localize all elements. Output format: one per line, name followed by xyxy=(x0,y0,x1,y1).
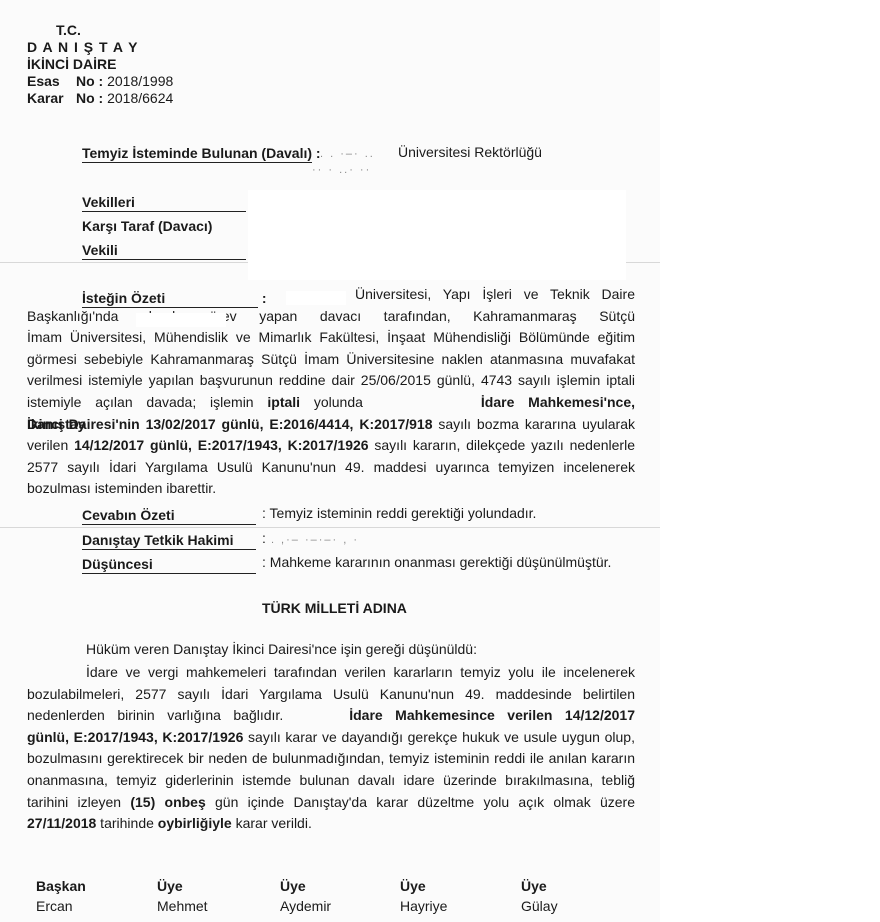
redaction-block xyxy=(286,291,346,305)
judge-value: : . ,·– ·–·–· , · xyxy=(262,530,359,546)
opinion-label: Düşüncesi xyxy=(82,556,256,574)
summary-text: verilen xyxy=(27,437,74,453)
signature-role: Başkan xyxy=(36,878,86,894)
opinion-label-row: Düşüncesi xyxy=(82,556,256,574)
decision-bold-text: (15) onbeş xyxy=(130,794,205,810)
signature-member-2: Üye Aydemir xyxy=(280,878,331,914)
summary-line-5: verilmesi istemiyle yapılan başvurunun r… xyxy=(27,370,635,392)
signature-member-1: Üye Mehmet xyxy=(157,878,208,914)
response-label-row: Cevabın Özeti xyxy=(82,507,256,525)
header-court: D A N I Ş T A Y xyxy=(27,39,138,55)
signature-member-4: Üye Gülay xyxy=(521,878,558,914)
opinion-value: : Mahkeme kararının onanması gerektiği d… xyxy=(262,554,611,570)
decision-line-8: 27/11/2018 tarihinde oybirliğiyle karar … xyxy=(27,813,635,835)
summary-bold-text: 14/12/2017 günlü, E:2017/1943, K:2017/19… xyxy=(74,437,369,453)
signature-name: Ercan xyxy=(36,898,86,914)
attorneys-label: Vekilleri xyxy=(82,194,246,212)
redacted-text: . ,·– ·–·–· , · xyxy=(266,534,359,546)
decision-line-4: günlü, E:2017/1943, K:2017/1926 sayılı k… xyxy=(27,727,635,749)
summary-text: yolunda xyxy=(300,394,363,410)
decision-text: tarihinde xyxy=(96,815,157,831)
decision-bold-date: 27/11/2018 xyxy=(27,815,96,831)
header-chamber: İKİNCİ DAİRE xyxy=(27,56,116,72)
signature-member-3: Üye Hayriye xyxy=(400,878,447,914)
karar-no-label: No : xyxy=(76,90,103,106)
summary-line-7: İkinci Dairesi'nin 13/02/2017 günlü, E:2… xyxy=(27,414,635,436)
karar-number-row: KararNo : 2018/6624 xyxy=(27,90,173,106)
judge-label: Danıştay Tetkik Hakimi xyxy=(82,532,256,550)
decision-line-2: bozulabilmeleri, 2577 sayılı İdari Yargı… xyxy=(27,684,635,706)
decision-line-6: onanmasına, temyiz giderlerinin istemde … xyxy=(27,770,635,792)
scan-artifact-line xyxy=(0,527,660,528)
decision-line-7: tarihini izleyen (15) onbeş gün içinde D… xyxy=(27,792,635,814)
summary-text: istemiyle açılan davada; işlemin xyxy=(27,394,267,410)
signature-name: Mehmet xyxy=(157,898,208,914)
decision-line-1: İdare ve vergi mahkemeleri tarafından ve… xyxy=(27,662,635,684)
summary-paragraph: Üniversitesi, Yapı İşleri ve Teknik Dair… xyxy=(27,284,635,500)
decision-text: karar verildi. xyxy=(232,815,312,831)
esas-number: 2018/1998 xyxy=(107,73,173,89)
summary-bold-text: İkinci Dairesi'nin 13/02/2017 günlü, E:2… xyxy=(27,416,433,432)
decision-text: nedenlerden birinin varlığına bağlıdır. xyxy=(27,707,283,723)
karar-number: 2018/6624 xyxy=(107,90,173,106)
summary-line-3: İmam Üniversitesi, Mühendislik ve Mimarl… xyxy=(27,327,635,349)
judge-label-row: Danıştay Tetkik Hakimi xyxy=(82,532,256,550)
redaction-block xyxy=(248,190,626,280)
decision-text: gün içinde Danıştay'da karar düzeltme yo… xyxy=(206,794,635,810)
response-value: : Temyiz isteminin reddi gerektiği yolun… xyxy=(262,505,536,521)
signature-role: Üye xyxy=(521,878,558,894)
summary-line-6: istemiyle açılan davada; işlemin iptali … xyxy=(27,392,635,414)
counterparty-label: Karşı Taraf (Davacı) xyxy=(82,218,212,234)
decision-bold-text: İdare Mahkemesince verilen 14/12/2017 xyxy=(349,707,635,723)
appellant-row: Temyiz İsteminde Bulunan (Davalı) : xyxy=(82,145,321,163)
decision-intro: Hüküm veren Danıştay İkinci Dairesi'nce … xyxy=(86,641,477,657)
decision-bold-text: oybirliğiyle xyxy=(158,815,232,831)
attorneys-row: Vekilleri xyxy=(82,194,246,212)
karar-label: Karar xyxy=(27,90,76,106)
attorney-row: Vekili xyxy=(82,242,246,260)
esas-label: Esas xyxy=(27,73,76,89)
signature-name: Hayriye xyxy=(400,898,447,914)
signature-chair: Başkan Ercan xyxy=(36,878,86,914)
decision-text: tarihini izleyen xyxy=(27,794,130,810)
summary-line-4: görmesi sebebiyle Kahramanmaraş Sütçü İm… xyxy=(27,349,635,371)
decision-line-3: nedenlerden birinin varlığına bağlıdır.İ… xyxy=(27,705,635,727)
header-tc: T.C. xyxy=(56,22,81,38)
summary-text: sayılı bozma kararına uyularak xyxy=(433,416,636,432)
appellant-label: Temyiz İsteminde Bulunan (Davalı) xyxy=(82,145,312,163)
response-label: Cevabın Özeti xyxy=(82,507,256,525)
decision-text: sayılı karar ve dayandığı gerekçe hukuk … xyxy=(243,729,635,745)
signature-role: Üye xyxy=(157,878,208,894)
summary-bold-text: iptali xyxy=(267,394,300,410)
signature-role: Üye xyxy=(280,878,331,894)
redacted-text: ·· · ..· ·· xyxy=(312,164,371,176)
signature-role: Üye xyxy=(400,878,447,894)
summary-line-10: bozulması isteminden ibarettir. xyxy=(27,478,635,500)
summary-text: sayılı kararın, dilekçede yazılı nedenle… xyxy=(369,437,635,453)
scanned-document-page: T.C. D A N I Ş T A Y İKİNCİ DAİRE EsasNo… xyxy=(0,0,660,922)
nation-heading: TÜRK MİLLETİ ADINA xyxy=(262,600,407,616)
decision-line-5: bozulmasını gerektirecek bir neden de bu… xyxy=(27,748,635,770)
summary-line-8: verilen 14/12/2017 günlü, E:2017/1943, K… xyxy=(27,435,635,457)
summary-line-2: Başkanlığı'nda olarak görev yapan davacı… xyxy=(27,306,635,328)
redaction-block xyxy=(136,313,226,327)
decision-paragraph: İdare ve vergi mahkemeleri tarafından ve… xyxy=(27,662,635,835)
decision-bold-text: günlü, E:2017/1943, K:2017/1926 xyxy=(27,729,243,745)
redacted-text: . . ·–· .. xyxy=(320,148,375,160)
esas-number-row: EsasNo : 2018/1998 xyxy=(27,73,173,89)
attorney-label: Vekili xyxy=(82,242,246,260)
appellant-value: Üniversitesi Rektörlüğü xyxy=(398,144,542,160)
summary-line-9: 2577 sayılı İdari Yargılama Usulü Kanunu… xyxy=(27,457,635,479)
esas-no-label: No : xyxy=(76,73,103,89)
signature-name: Gülay xyxy=(521,898,558,914)
signature-name: Aydemir xyxy=(280,898,331,914)
